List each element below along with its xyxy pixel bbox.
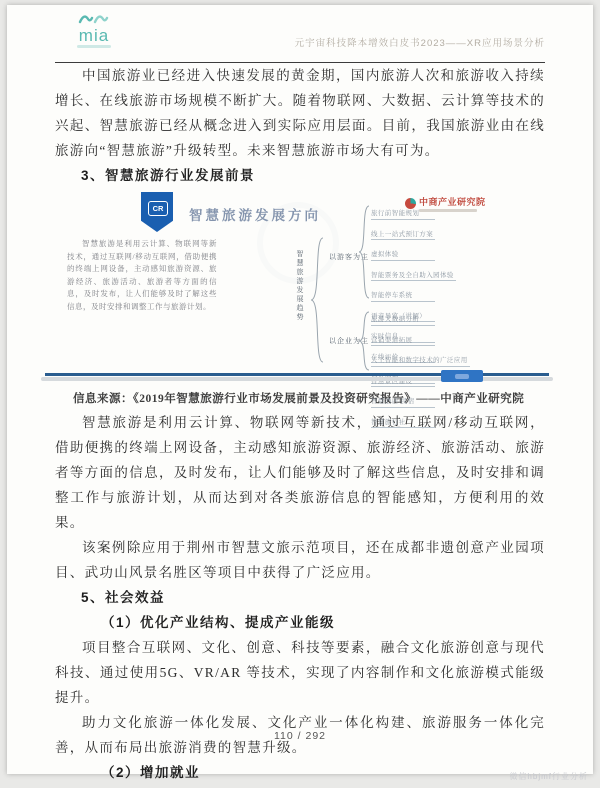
mia-logo-underline xyxy=(77,45,111,48)
mia-logo-icon xyxy=(77,11,111,24)
mia-logo-text: mia xyxy=(77,29,111,43)
list-item: 智慧旅行社 xyxy=(371,411,541,429)
list-item: 旅游大数据分析 xyxy=(371,308,541,326)
bookmark-ribbon-icon: CR xyxy=(141,192,173,232)
branch-bracket-tourist xyxy=(357,204,371,300)
paragraph-case: 该案例除应用于荆州市智慧文旅示范项目，还在成都非遗创意产业园项目、武功山风景名胜… xyxy=(55,535,545,585)
paragraph-tech: 项目整合互联网、文化、创意、科技等要素，融合文化旅游创意与现代科技、通过使用5G… xyxy=(55,635,545,710)
figure-description: 智慧旅游是利用云计算、物联网等新技术，通过互联网/移动互联网，借助便携的终端上网… xyxy=(67,238,217,313)
list-item: 虚拟体验 xyxy=(371,243,541,261)
page-number: 110 / 292 xyxy=(7,730,593,742)
paragraph-intro: 中国旅游业已经进入快速发展的黄金期，国内旅游人次和旅游收入持续增长、在线旅游市场… xyxy=(55,63,545,163)
smart-tourism-figure: CR 智慧旅游发展方向 中商产业研究院 智慧旅游是利用云计算、物联网等新技术，通… xyxy=(37,192,563,388)
document-page: mia 元宇宙科技降本增效白皮书2023——XR应用场景分析 中国旅游业已经进入… xyxy=(7,5,593,774)
ribbon-badge: CR xyxy=(148,201,168,216)
heading-benefit: 5、社会效益 xyxy=(81,585,545,610)
scan-watermark-stamp xyxy=(257,202,339,284)
list-item: 智能票务及全自助入园体验 xyxy=(371,264,541,282)
corner-watermark-text: 微信hbjmf行业分析 xyxy=(509,771,588,782)
list-item: 智能停车系统 xyxy=(371,284,541,302)
figure-footer-badge xyxy=(441,370,483,382)
list-item: 营销渠道拓展 xyxy=(371,329,541,347)
heading-sub1: （1）优化产业结构、提成产业能级 xyxy=(101,610,545,635)
page-header: mia 元宇宙科技降本增效白皮书2023——XR应用场景分析 xyxy=(55,5,545,63)
list-item: 线上一站式预订方案 xyxy=(371,223,541,241)
document-title: 元宇宙科技降本增效白皮书2023——XR应用场景分析 xyxy=(295,35,545,49)
list-item: 智慧酒店/民宿 xyxy=(371,390,541,408)
heading-sub2: （2）增加就业 xyxy=(101,760,545,785)
branch-bracket-enterprise xyxy=(357,310,371,372)
list-item: 旅行前智能规划 xyxy=(371,202,541,220)
list-item: 人工智能和数字技术的广泛应用 xyxy=(371,349,541,367)
heading-prospect: 3、智慧旅游行业发展前景 xyxy=(81,163,545,188)
mia-logo: mia xyxy=(77,11,111,48)
